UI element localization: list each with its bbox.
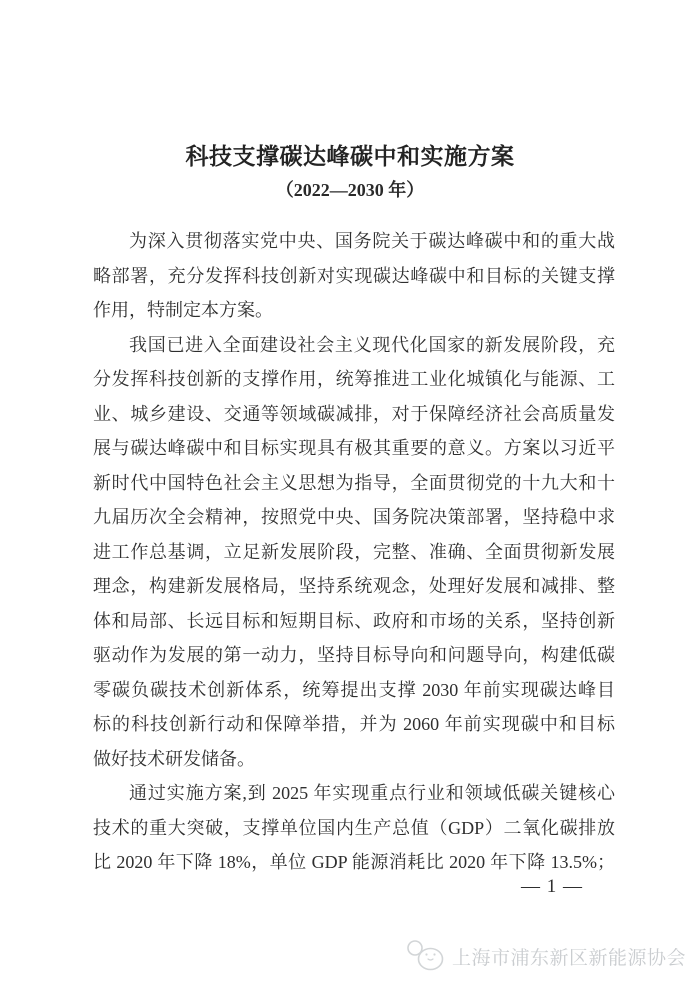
body-line-15: 标的科技创新行动和保障举措，并为 2060 年前实现碳中和目标 <box>93 707 615 742</box>
body-line-19: 比 2020 年下降 18%，单位 GDP 能源消耗比 2020 年下降 13.… <box>93 845 615 880</box>
body-line-9: 九届历次全会精神，按照党中央、国务院决策部署，坚持稳中求 <box>93 500 615 535</box>
document-subtitle: （2022—2030 年） <box>0 176 700 202</box>
body-line-4: 我国已进入全面建设社会主义现代化国家的新发展阶段，充 <box>93 328 615 363</box>
footer-watermark: 上海市浦东新区新能源协会 <box>406 938 686 974</box>
body-line-17: 通过实施方案,到 2025 年实现重点行业和领域低碳关键核心 <box>93 776 615 811</box>
page-number: — 1 — <box>521 876 583 898</box>
body-line-11: 理念，构建新发展格局，坚持系统观念，处理好发展和减排、整 <box>93 569 615 604</box>
body-line-5: 分发挥科技创新的支撑作用，统筹推进工业化城镇化与能源、工 <box>93 362 615 397</box>
association-mascot-icon <box>406 938 446 974</box>
body-line-2: 略部署，充分发挥科技创新对实现碳达峰碳中和目标的关键支撑 <box>93 259 615 294</box>
body-line-12: 体和局部、长远目标和短期目标、政府和市场的关系，坚持创新 <box>93 604 615 639</box>
document-body: 为深入贯彻落实党中央、国务院关于碳达峰碳中和的重大战 略部署，充分发挥科技创新对… <box>93 224 615 880</box>
body-line-16: 做好技术研发储备。 <box>93 742 615 777</box>
body-line-10: 进工作总基调，立足新发展阶段，完整、准确、全面贯彻新发展 <box>93 535 615 570</box>
body-line-7: 展与碳达峰碳中和目标实现具有极其重要的意义。方案以习近平 <box>93 431 615 466</box>
body-line-1: 为深入贯彻落实党中央、国务院关于碳达峰碳中和的重大战 <box>93 224 615 259</box>
association-name: 上海市浦东新区新能源协会 <box>452 943 686 970</box>
body-line-18: 技术的重大突破，支撑单位国内生产总值（GDP）二氧化碳排放 <box>93 811 615 846</box>
body-line-13: 驱动作为发展的第一动力，坚持目标导向和问题导向，构建低碳 <box>93 638 615 673</box>
body-line-8: 新时代中国特色社会主义思想为指导，全面贯彻党的十九大和十 <box>93 466 615 501</box>
document-page: 科技支撑碳达峰碳中和实施方案 （2022—2030 年） 为深入贯彻落实党中央、… <box>0 0 700 990</box>
body-line-3: 作用，特制定本方案。 <box>93 293 615 328</box>
document-title: 科技支撑碳达峰碳中和实施方案 <box>0 138 700 171</box>
body-line-6: 业、城乡建设、交通等领域碳减排，对于保障经济社会高质量发 <box>93 397 615 432</box>
body-line-14: 零碳负碳技术创新体系，统筹提出支撑 2030 年前实现碳达峰目 <box>93 673 615 708</box>
